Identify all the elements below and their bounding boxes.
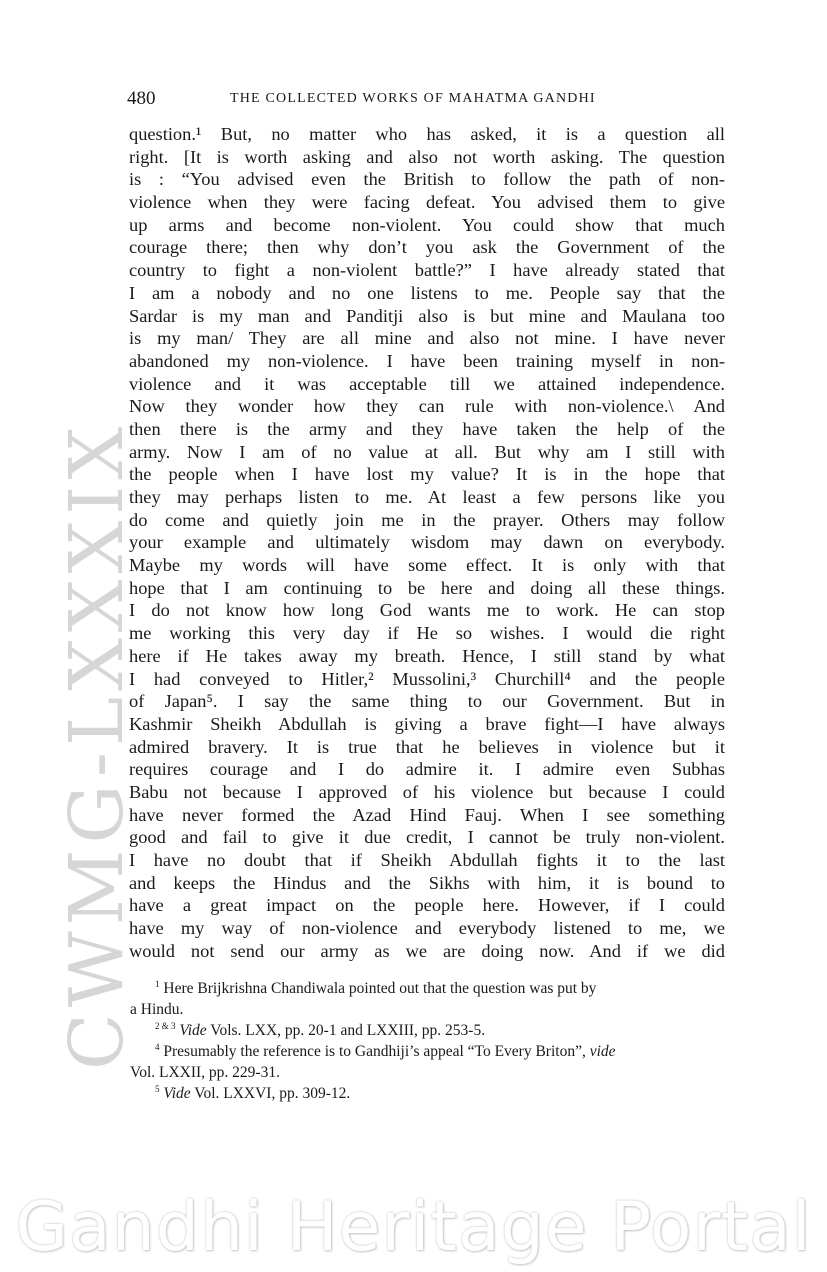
text-line: I have no doubt that if Sheikh Abdullah … [129, 849, 725, 872]
text-line: have never formed the Azad Hind Fauj. Wh… [129, 804, 725, 827]
text-line: do come and quietly join me in the praye… [129, 509, 725, 532]
text-line: I am a nobody and no one listens to me. … [129, 282, 725, 305]
footnote-2-3: 2 & 3 Vide Vols. LXX, pp. 20-1 and LXXII… [130, 1020, 726, 1041]
footnote-marker: 4 [155, 1042, 160, 1052]
text-line: your example and ultimately wisdom may d… [129, 531, 725, 554]
text-line: country to fight a non-violent battle?” … [129, 259, 725, 282]
text-line: army. Now I am of no value at all. But w… [129, 441, 725, 464]
footnote-marker: 5 [155, 1084, 160, 1094]
footnote-4-continuation: Vol. LXXII, pp. 229-31. [130, 1062, 726, 1083]
text-line: have a great impact on the people here. … [129, 894, 725, 917]
text-line: is : “You advised even the British to fo… [129, 168, 725, 191]
volume-watermark: CWMG-LXXXIX [60, 421, 134, 1070]
page-header: 480 THE COLLECTED WORKS OF MAHATMA GANDH… [127, 88, 727, 112]
footnote-4: 4 Presumably the reference is to Gandhij… [130, 1041, 726, 1062]
text-line: me working this very day if He so wishes… [129, 622, 725, 645]
text-line: I do not know how long God wants me to w… [129, 599, 725, 622]
text-line: Maybe my words will have some effect. It… [129, 554, 725, 577]
text-line: and keeps the Hindus and the Sikhs with … [129, 872, 725, 895]
text-line: of Japan⁵. I say the same thing to our G… [129, 690, 725, 713]
footnote-1-continuation: a Hindu. [130, 999, 726, 1020]
text-line: admired bravery. It is true that he beli… [129, 736, 725, 759]
text-line: here if He takes away my breath. Hence, … [129, 645, 725, 668]
text-line: violence and it was acceptable till we a… [129, 373, 725, 396]
text-line: up arms and become non-violent. You coul… [129, 214, 725, 237]
text-line: Babu not because I approved of his viole… [129, 781, 725, 804]
text-line: requires courage and I do admire it. I a… [129, 758, 725, 781]
text-line: violence when they were facing defeat. Y… [129, 191, 725, 214]
text-line: abandoned my non-violence. I have been t… [129, 350, 725, 373]
text-line: Now they wonder how they can rule with n… [129, 395, 725, 418]
text-line: I had conveyed to Hitler,² Mussolini,³ C… [129, 668, 725, 691]
text-line: Kashmir Sheikh Abdullah is giving a brav… [129, 713, 725, 736]
footnote-marker: 2 & 3 [155, 1021, 176, 1031]
text-line: good and fail to give it due credit, I c… [129, 826, 725, 849]
text-line: have my way of non-violence and everybod… [129, 917, 725, 940]
running-title: THE COLLECTED WORKS OF MAHATMA GANDHI [230, 91, 596, 107]
text-line: then there is the army and they have tak… [129, 418, 725, 441]
text-line: hope that I am continuing to be here and… [129, 577, 725, 600]
document-page: CWMG-LXXXIX 480 THE COLLECTED WORKS OF M… [0, 0, 827, 1272]
portal-watermark: Gandhi Heritage Portal [0, 1188, 827, 1267]
page-number: 480 [127, 88, 156, 110]
text-line: the people when I have lost my value? It… [129, 463, 725, 486]
footnote-5: 5 Vide Vol. LXXVI, pp. 309-12. [130, 1083, 726, 1104]
body-text: question.¹ But, no matter who has asked,… [129, 123, 725, 962]
text-line: Sardar is my man and Panditji also is bu… [129, 305, 725, 328]
text-line: question.¹ But, no matter who has asked,… [129, 123, 725, 146]
footnote-marker: 1 [155, 979, 160, 989]
text-line: right. [It is worth asking and also not … [129, 146, 725, 169]
text-line: is my man/ They are all mine and also no… [129, 327, 725, 350]
footnotes: 1 Here Brijkrishna Chandiwala pointed ou… [130, 978, 726, 1104]
text-line: would not send our army as we are doing … [129, 940, 725, 963]
text-line: courage there; then why don’t you ask th… [129, 236, 725, 259]
text-line: they may perhaps listen to me. At least … [129, 486, 725, 509]
footnote-1: 1 Here Brijkrishna Chandiwala pointed ou… [130, 978, 726, 999]
